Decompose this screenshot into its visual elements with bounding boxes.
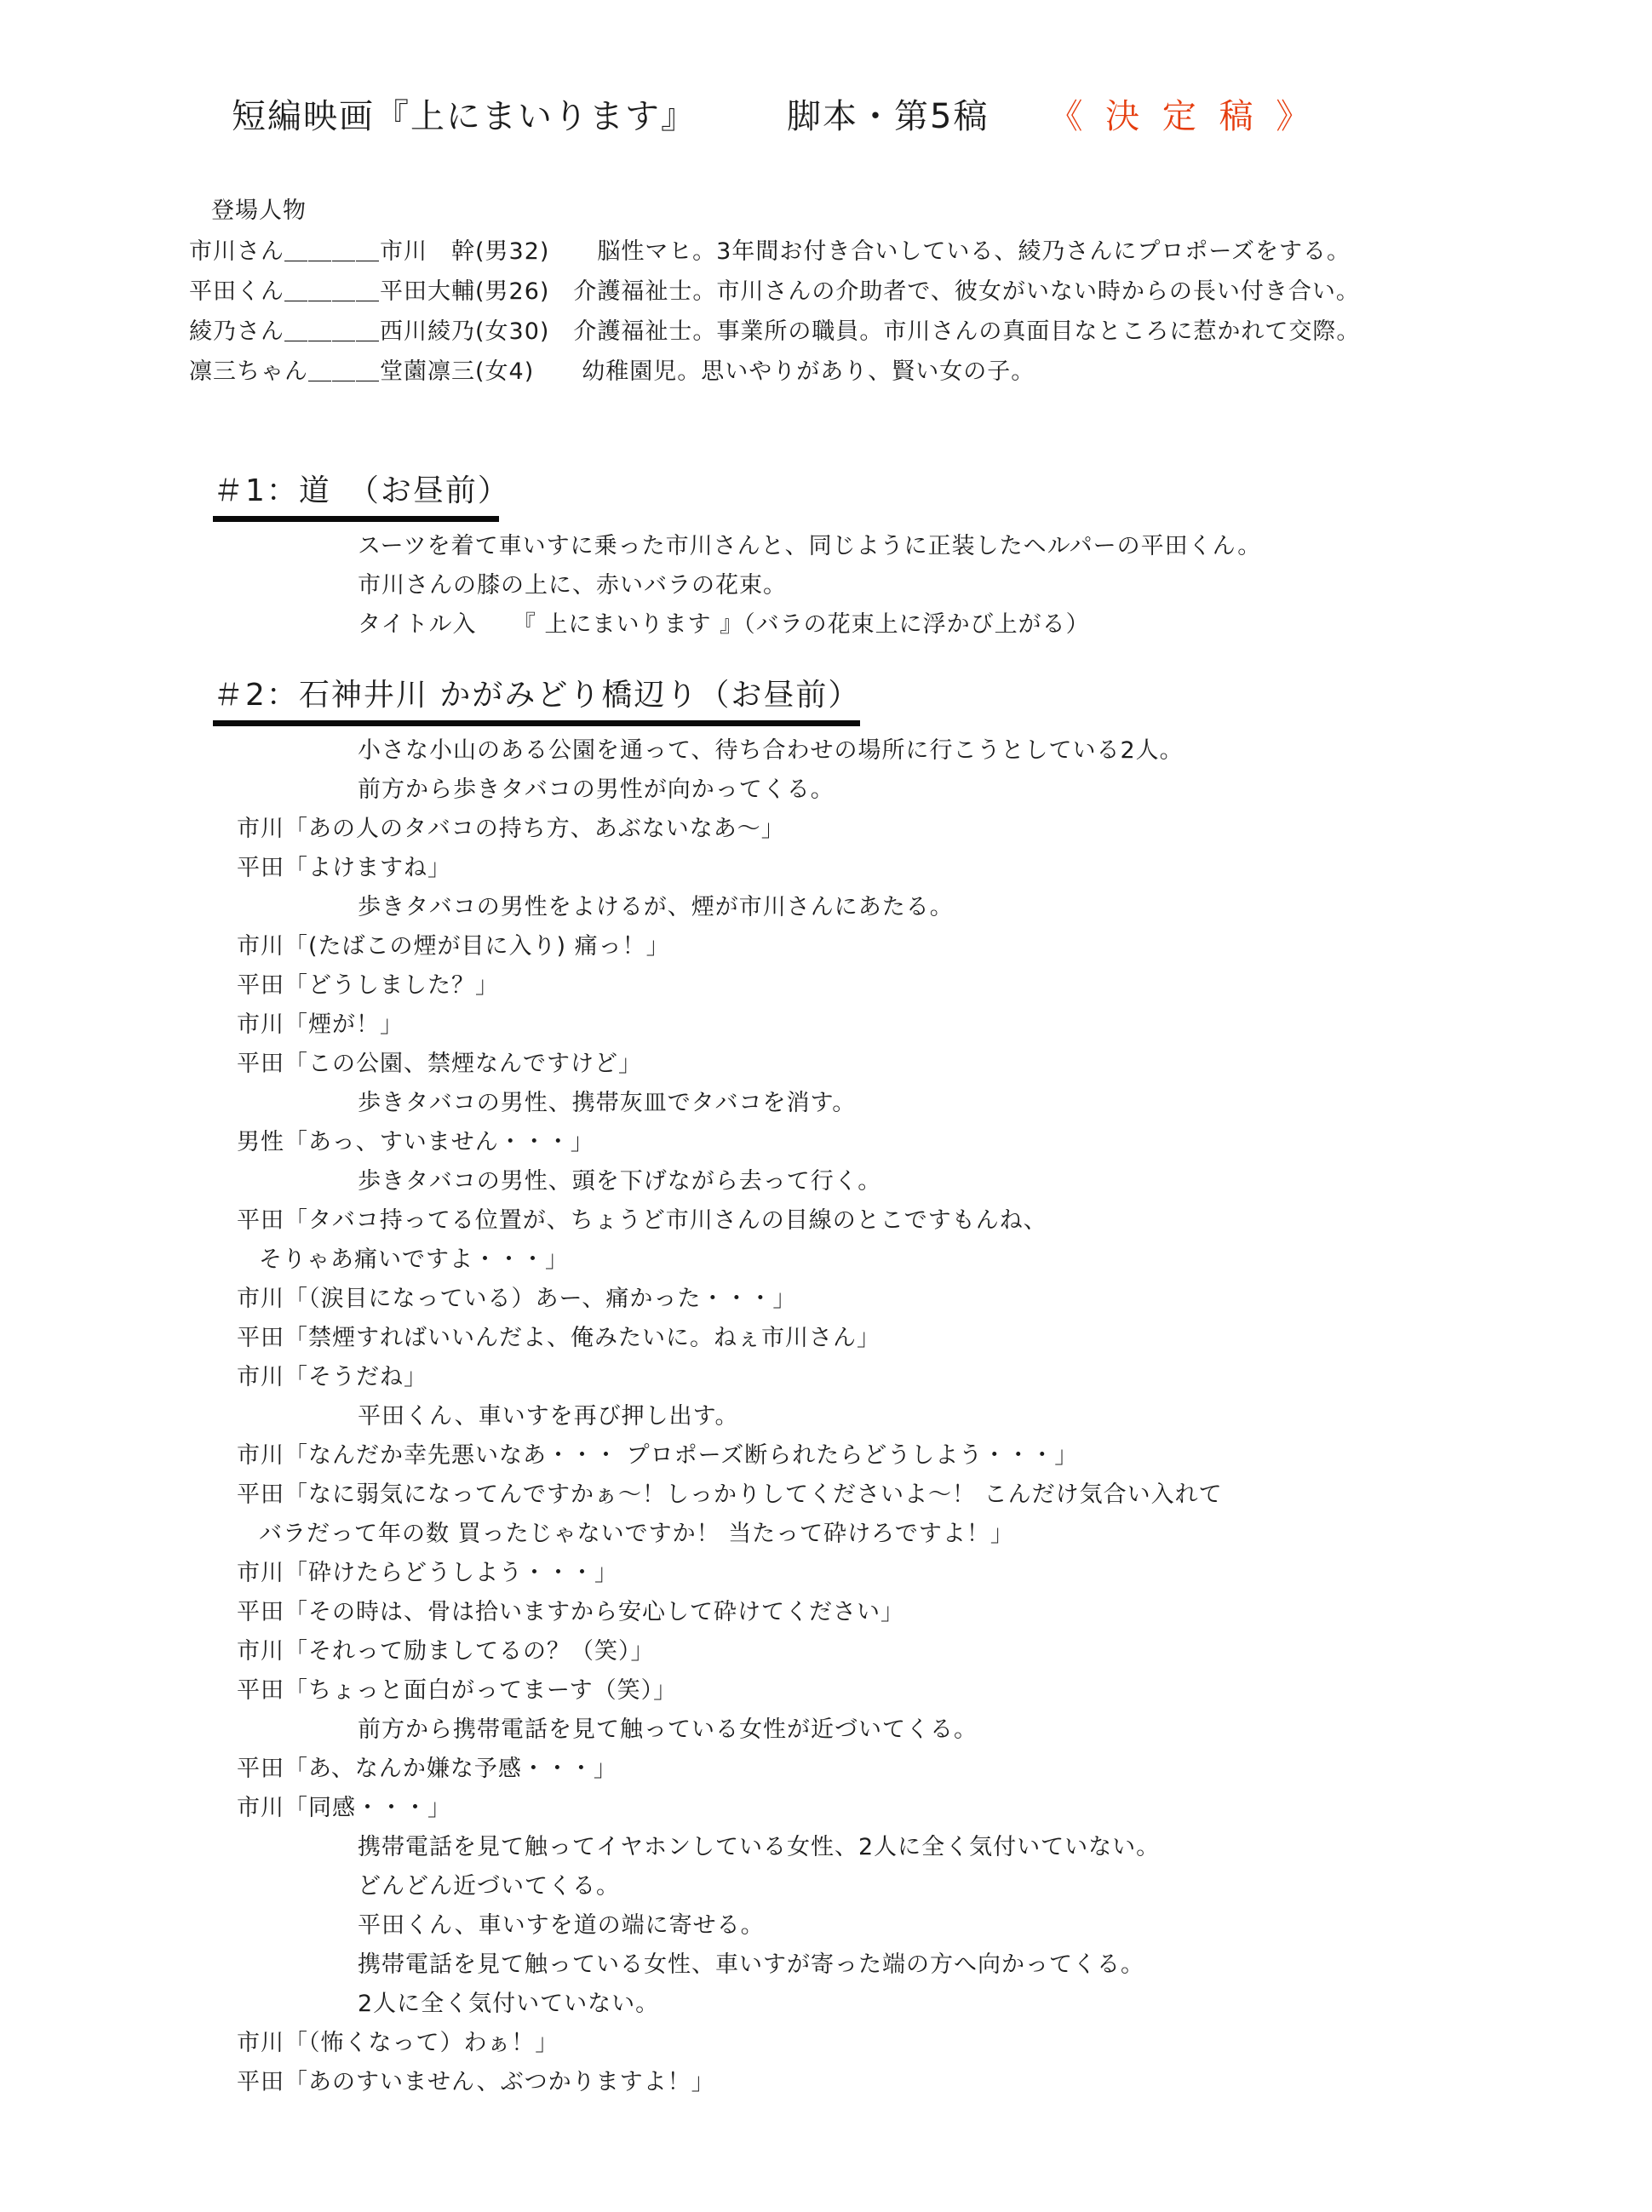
draft-number-label: 脚本・第5稿 — [787, 97, 989, 136]
script-line: 携帯電話を見て触ってイヤホンしている女性、2人に全く気付いていない。 — [0, 1828, 1652, 1867]
script-line: 平田くん、車いすを再び押し出す。 — [0, 1397, 1652, 1436]
script-line: どんどん近づいてくる。 — [0, 1867, 1652, 1906]
script-line: 市川「そうだね」 — [0, 1358, 1652, 1397]
script-line: 2人に全く気付いていない。 — [0, 1985, 1652, 2024]
script-line: 平田「禁煙すればいいんだよ、俺みたいに。ねぇ市川さん」 — [0, 1319, 1652, 1358]
scene-1-heading: ＃1：道 （お昼前） — [213, 473, 499, 522]
script-line: 市川「それって励ましてるの？（笑）」 — [0, 1632, 1652, 1671]
script-line: 平田「なに弱気になってんですかぁ〜！しっかりしてくださいよ〜！ こんだけ気合い入… — [0, 1476, 1652, 1515]
cast-entry: 平田くん＿＿＿＿平田大輔(男26) 介護福祉士。市川さんの介助者で、彼女がいない… — [189, 272, 1360, 312]
cast-section-heading: 登場人物 — [211, 194, 307, 228]
script-line: 前方から歩きタバコの男性が向かってくる。 — [0, 771, 1652, 810]
script-document-page: 短編映画『上にまいります』脚本・第5稿《 決 定 稿 》 登場人物 市川さん＿＿… — [0, 0, 1652, 2212]
script-line: タイトル入 『 上にまいります 』（バラの花束上に浮かび上がる） — [0, 605, 1652, 645]
script-line: 歩きタバコの男性、携帯灰皿でタバコを消す。 — [0, 1084, 1652, 1123]
scene-1-lines: スーツを着て車いすに乗った市川さんと、同じように正装したヘルパーの平田くん。 市… — [0, 527, 1652, 645]
script-line: 前方から携帯電話を見て触っている女性が近づいてくる。 — [0, 1711, 1652, 1750]
script-line: そりゃあ痛いですよ・・・」 — [0, 1241, 1652, 1280]
script-line: 市川さんの膝の上に、赤いバラの花束。 — [0, 566, 1652, 605]
film-title-label: 短編映画『上にまいります』 — [232, 97, 697, 136]
script-line: 平田「この公園、禁煙なんですけど」 — [0, 1045, 1652, 1084]
script-line: 市川「あの人のタバコの持ち方、あぶないなあ〜」 — [0, 810, 1652, 849]
scene-2-section: ＃2：石神井川 かがみどり橋辺り（お昼前） 小さな小山のある公園を通って、待ち合… — [0, 678, 1652, 2102]
scene-2-heading: ＃2：石神井川 かがみどり橋辺り（お昼前） — [213, 678, 860, 726]
script-line: 市川「なんだか幸先悪いなあ・・・ プロポーズ断られたらどうしよう・・・」 — [0, 1436, 1652, 1476]
cast-entry: 凛三ちゃん＿＿＿堂薗凛三(女4) 幼稚園児。思いやりがあり、賢い女の子。 — [189, 352, 1360, 392]
script-line: 平田「あのすいません、ぶつかりますよ！」 — [0, 2063, 1652, 2102]
cast-entry: 綾乃さん＿＿＿＿西川綾乃(女30) 介護福祉士。事業所の職員。市川さんの真面目な… — [189, 312, 1360, 352]
script-line: 小さな小山のある公園を通って、待ち合わせの場所に行こうとしている2人。 — [0, 731, 1652, 771]
page-title: 短編映画『上にまいります』脚本・第5稿《 決 定 稿 》 — [232, 92, 1316, 141]
script-line: 市川「(たばこの煙が目に入り) 痛っ！」 — [0, 927, 1652, 966]
script-line: 市川「煙が！」 — [0, 1006, 1652, 1045]
script-line: 市川「（怖くなって）わぁ！」 — [0, 2024, 1652, 2063]
script-line: 市川「同感・・・」 — [0, 1789, 1652, 1828]
script-line: 平田「よけますね」 — [0, 849, 1652, 888]
script-line: 平田「その時は、骨は拾いますから安心して砕けてください」 — [0, 1593, 1652, 1632]
script-line: 携帯電話を見て触っている女性、車いすが寄った端の方へ向かってくる。 — [0, 1946, 1652, 1985]
script-line: 平田くん、車いすを道の端に寄せる。 — [0, 1906, 1652, 1946]
script-line: 平田「ちょっと面白がってまーす（笑）」 — [0, 1671, 1652, 1711]
cast-entry: 市川さん＿＿＿＿市川 幹(男32) 脳性マヒ。3年間お付き合いしている、綾乃さん… — [189, 232, 1360, 272]
script-line: 平田「どうしました？」 — [0, 966, 1652, 1006]
scene-1-section: ＃1：道 （お昼前） スーツを着て車いすに乗った市川さんと、同じように正装したヘ… — [0, 473, 1652, 645]
script-line: スーツを着て車いすに乗った市川さんと、同じように正装したヘルパーの平田くん。 — [0, 527, 1652, 566]
script-line: バラだって年の数 買ったじゃないですか！ 当たって砕けろですよ！」 — [0, 1515, 1652, 1554]
script-line: 歩きタバコの男性、頭を下げながら去って行く。 — [0, 1162, 1652, 1201]
script-line: 平田「タバコ持ってる位置が、ちょうど市川さんの目線のとこですもんね、 — [0, 1201, 1652, 1241]
script-line: 市川「（涙目になっている）あー、痛かった・・・」 — [0, 1280, 1652, 1319]
script-line: 男性「あっ、すいません・・・」 — [0, 1123, 1652, 1162]
script-line: 歩きタバコの男性をよけるが、煙が市川さんにあたる。 — [0, 888, 1652, 927]
script-line: 平田「あ、なんか嫌な予感・・・」 — [0, 1750, 1652, 1789]
cast-list: 市川さん＿＿＿＿市川 幹(男32) 脳性マヒ。3年間お付き合いしている、綾乃さん… — [189, 232, 1360, 392]
scene-2-lines: 小さな小山のある公園を通って、待ち合わせの場所に行こうとしている2人。 前方から… — [0, 731, 1652, 2102]
script-line: 市川「砕けたらどうしよう・・・」 — [0, 1554, 1652, 1593]
final-draft-label: 《 決 定 稿 》 — [1048, 97, 1316, 136]
